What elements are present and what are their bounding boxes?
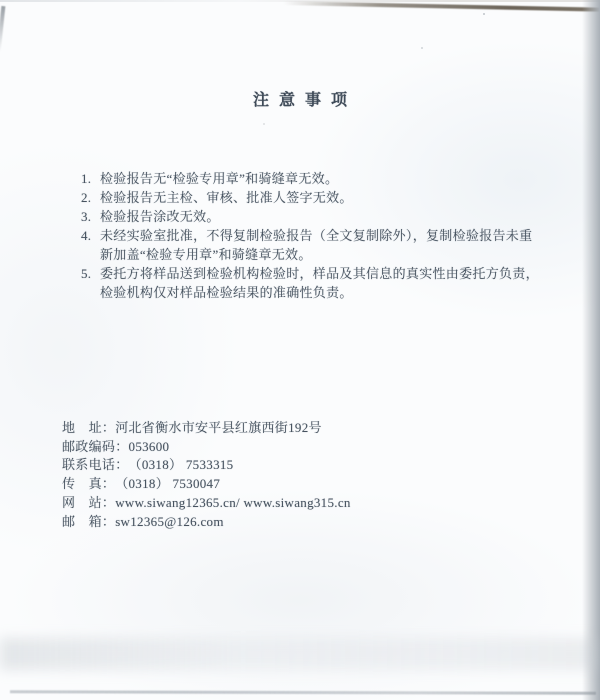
scanned-document-page: 注意事项 1. 检验报告无“检验专用章”和骑缝章无效。 2. 检验报告无主检、审… — [0, 0, 600, 700]
note-number: 1. — [81, 169, 100, 188]
contact-value: （0318） 7530047 — [115, 475, 220, 494]
note-text: 检验报告涂改无效。 — [100, 207, 544, 226]
contact-label: 邮政编码： — [62, 438, 129, 457]
note-item: 1. 检验报告无“检验专用章”和骑缝章无效。 — [81, 169, 551, 188]
note-item: 3. 检验报告涂改无效。 — [81, 207, 551, 226]
scan-line-bottom — [10, 690, 596, 695]
note-text: 检验报告无主检、审核、批准人签字无效。 — [100, 188, 544, 207]
note-text: 未经实验室批准，不得复制检验报告（全文复制除外），复制检验报告未重新加盖“检验专… — [100, 226, 544, 264]
contact-label: 联系电话： — [62, 456, 129, 475]
contact-value: 053600 — [129, 438, 170, 457]
contact-row-address: 地 址： 河北省衡水市安平县红旗西街192号 — [62, 419, 542, 438]
document-title: 注意事项 — [0, 87, 600, 110]
scan-paper-edge-right — [582, 0, 600, 700]
notes-list: 1. 检验报告无“检验专用章”和骑缝章无效。 2. 检验报告无主检、审核、批准人… — [81, 169, 551, 302]
contact-row-email: 邮 箱： sw12365@126.com — [62, 513, 542, 532]
contact-value: sw12365@126.com — [115, 513, 224, 532]
note-number: 4. — [81, 226, 100, 264]
note-item: 5. 委托方将样品送到检验机构检验时，样品及其信息的真实性由委托方负责，检验机构… — [81, 264, 551, 302]
scan-paper-edge-top-right — [283, 1, 600, 12]
contact-label: 地 址： — [62, 419, 115, 438]
note-item: 2. 检验报告无主检、审核、批准人签字无效。 — [81, 188, 551, 207]
contact-label: 邮 箱： — [62, 513, 115, 532]
note-item: 4. 未经实验室批准，不得复制检验报告（全文复制除外），复制检验报告未重新加盖“… — [81, 226, 551, 264]
note-text: 委托方将样品送到检验机构检验时，样品及其信息的真实性由委托方负责，检验机构仅对样… — [100, 264, 544, 302]
contact-value: （0318） 7533315 — [129, 456, 234, 475]
contact-row-fax: 传 真： （0318） 7530047 — [62, 475, 542, 494]
contact-info-block: 地 址： 河北省衡水市安平县红旗西街192号 邮政编码： 053600 联系电话… — [62, 419, 542, 531]
scan-shadow-bottom — [0, 638, 600, 670]
scan-speckles — [483, 13, 485, 15]
contact-value: www.siwang12365.cn/ www.siwang315.cn — [115, 494, 351, 513]
note-number: 5. — [81, 264, 100, 302]
note-text: 检验报告无“检验专用章”和骑缝章无效。 — [100, 169, 544, 188]
note-number: 2. — [81, 188, 100, 207]
contact-row-website: 网 站： www.siwang12365.cn/ www.siwang315.c… — [62, 494, 542, 513]
contact-row-phone: 联系电话： （0318） 7533315 — [62, 456, 542, 475]
scan-corner-top-left — [0, 6, 5, 52]
contact-value: 河北省衡水市安平县红旗西街192号 — [115, 419, 322, 438]
contact-row-postal-code: 邮政编码： 053600 — [62, 438, 542, 457]
note-number: 3. — [81, 207, 100, 226]
contact-label: 网 站： — [62, 494, 115, 513]
contact-label: 传 真： — [62, 475, 115, 494]
